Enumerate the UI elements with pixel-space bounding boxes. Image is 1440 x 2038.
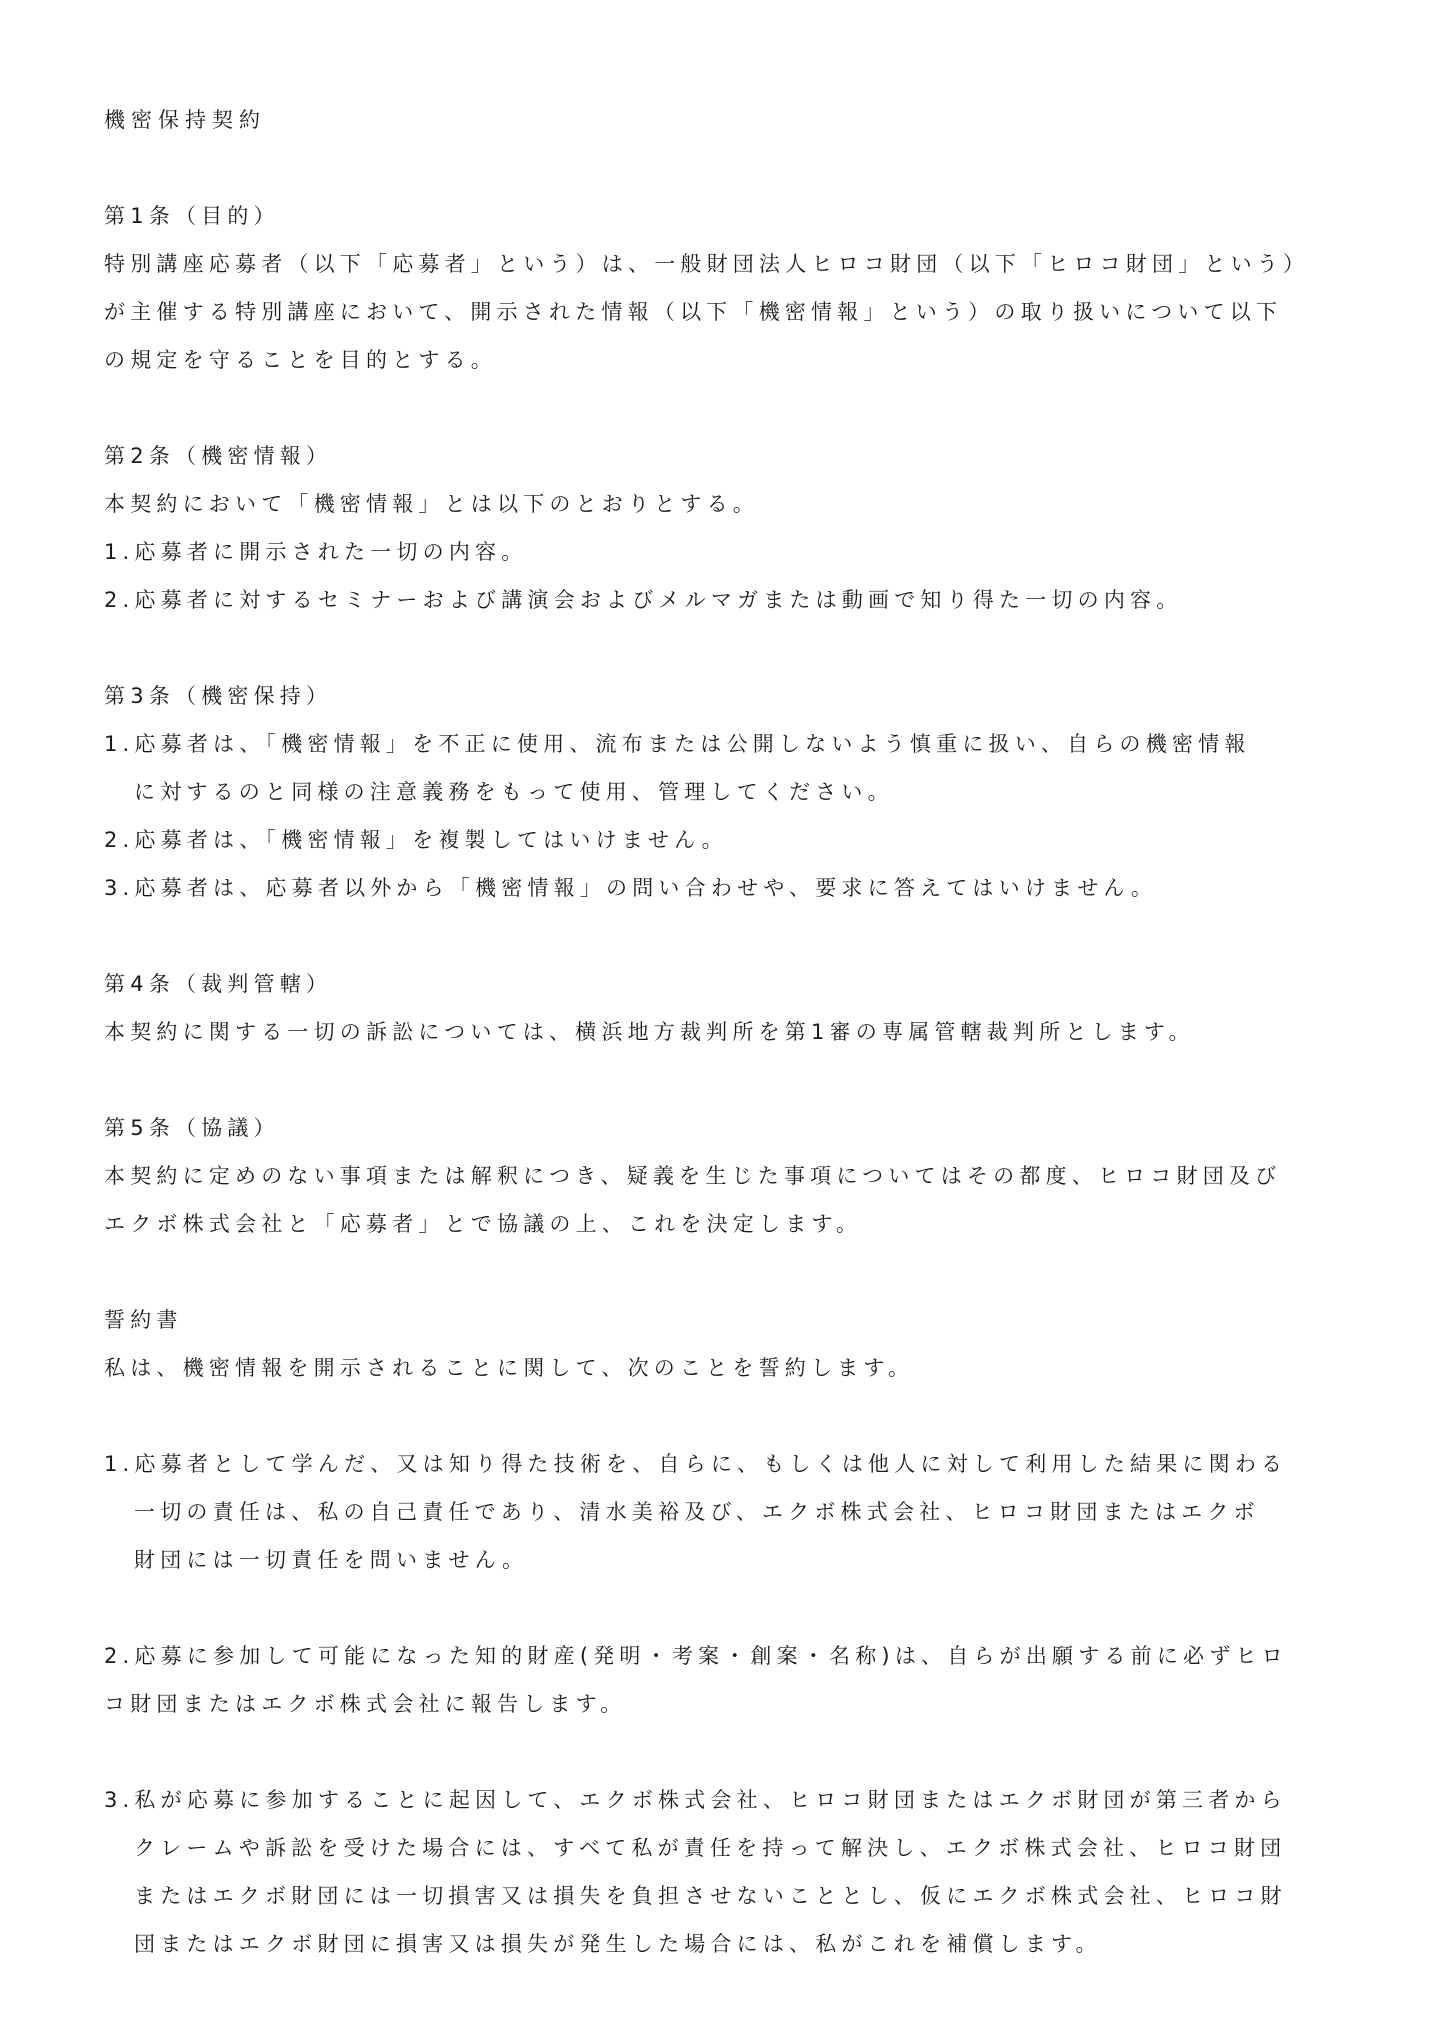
pledge-item-1-line: 1.応募者として学んだ、又は知り得た技術を、自らに、もしくは他人に対して利用した… [104,1440,1344,1488]
article-2-line: 本契約において「機密情報」とは以下のとおりとする。 [104,480,1344,528]
article-5-line: 本契約に定めのない事項または解釈につき、疑義を生じた事項についてはその都度、ヒロ… [104,1152,1344,1200]
pledge-item-3-line: クレームや訴訟を受けた場合には、すべて私が責任を持って解決し、エクボ株式会社、ヒ… [104,1824,1344,1872]
document-page: 機密保持契約 第1条（目的） 特別講座応募者（以下「応募者」という）は、一般財団… [104,96,1344,1968]
pledge-item-2-line: 2.応募に参加して可能になった知的財産(発明・考案・創案・名称)は、自らが出願す… [104,1632,1344,1680]
article-3-line: 1.応募者は、「機密情報」を不正に使用、流布または公開しないよう慎重に扱い、自ら… [104,720,1344,768]
pledge-heading: 誓約書 [104,1296,1344,1344]
spacer [104,1056,1344,1104]
spacer [104,912,1344,960]
pledge-item-3-line: またはエクボ財団には一切損害又は損失を負担させないこととし、仮にエクボ株式会社、… [104,1872,1344,1920]
article-2-line: 2.応募者に対するセミナーおよび講演会およびメルマガまたは動画で知り得た一切の内… [104,576,1344,624]
article-3-line: 2.応募者は、「機密情報」を複製してはいけません。 [104,816,1344,864]
pledge-item-3-line: 3.私が応募に参加することに起因して、エクボ株式会社、ヒロコ財団またはエクボ財団… [104,1776,1344,1824]
article-2-line: 1.応募者に開示された一切の内容。 [104,528,1344,576]
pledge-item-3-line: 団またはエクボ財団に損害又は損失が発生した場合には、私がこれを補償します。 [104,1920,1344,1968]
article-2-heading: 第2条（機密情報） [104,432,1344,480]
article-3-heading: 第3条（機密保持） [104,672,1344,720]
document-title: 機密保持契約 [104,96,1344,144]
spacer [104,384,1344,432]
pledge-item-1-line: 一切の責任は、私の自己責任であり、清水美裕及び、エクボ株式会社、ヒロコ財団または… [104,1488,1344,1536]
article-4-heading: 第4条（裁判管轄） [104,960,1344,1008]
article-1-line: の規定を守ることを目的とする。 [104,336,1344,384]
pledge-intro: 私は、機密情報を開示されることに関して、次のことを誓約します。 [104,1344,1344,1392]
article-1-line: が主催する特別講座において、開示された情報（以下「機密情報」という）の取り扱いに… [104,288,1344,336]
spacer [104,624,1344,672]
spacer [104,1728,1344,1776]
pledge-item-2-line: コ財団またはエクボ株式会社に報告します。 [104,1680,1344,1728]
article-1-line: 特別講座応募者（以下「応募者」という）は、一般財団法人ヒロコ財団（以下「ヒロコ財… [104,240,1344,288]
pledge-item-1-line: 財団には一切責任を問いません。 [104,1536,1344,1584]
spacer [104,1248,1344,1296]
article-5-line: エクボ株式会社と「応募者」とで協議の上、これを決定します。 [104,1200,1344,1248]
article-5-heading: 第5条（協議） [104,1104,1344,1152]
article-3-line: に対するのと同様の注意義務をもって使用、管理してください。 [104,768,1344,816]
spacer [104,144,1344,192]
article-1-heading: 第1条（目的） [104,192,1344,240]
spacer [104,1584,1344,1632]
article-3-line: 3.応募者は、応募者以外から「機密情報」の問い合わせや、要求に答えてはいけません… [104,864,1344,912]
article-4-line: 本契約に関する一切の訴訟については、横浜地方裁判所を第1審の専属管轄裁判所としま… [104,1008,1344,1056]
spacer [104,1392,1344,1440]
